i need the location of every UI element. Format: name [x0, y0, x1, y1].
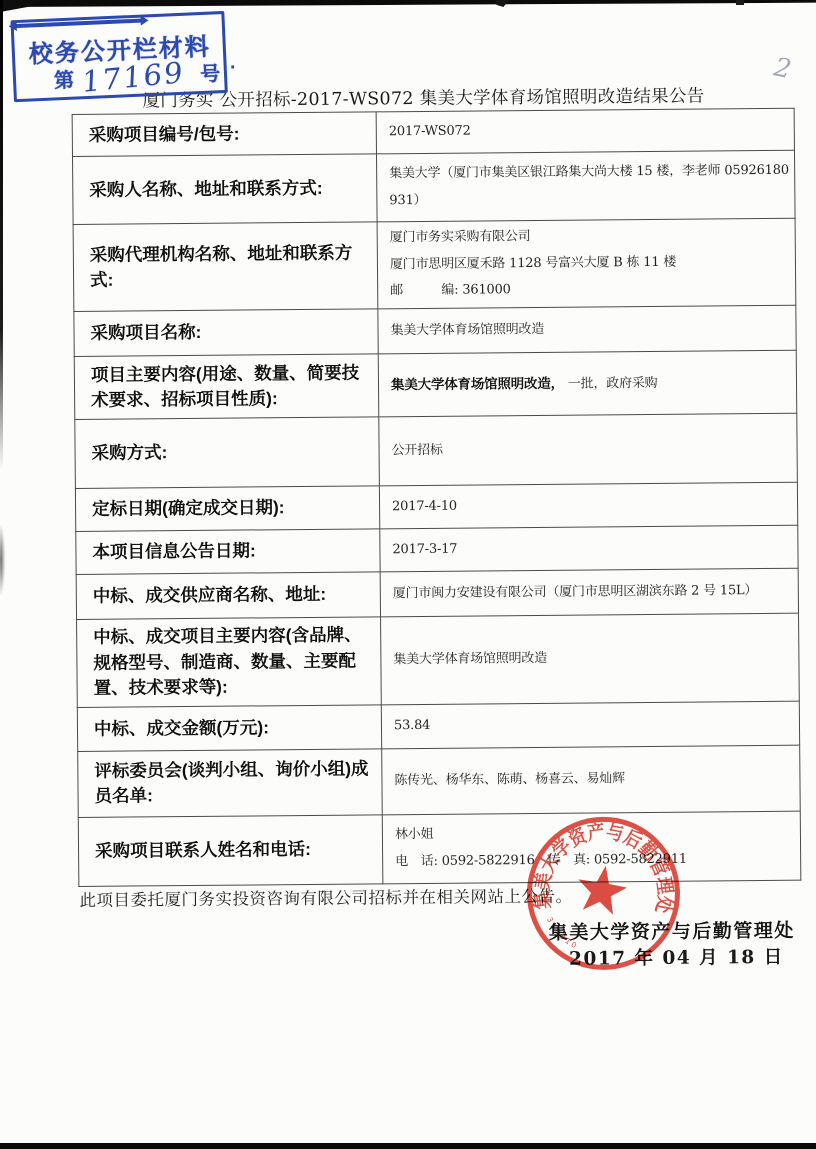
procurement-result-table: 采购项目编号/包号: 2017-WS072 采购人名称、地址和联系方式: 集美大…	[72, 108, 802, 887]
table-row: 采购人名称、地址和联系方式: 集美大学（厦门市集美区银江路集大尚大楼 15 楼，…	[73, 150, 796, 224]
row-value: 2017-4-10	[379, 482, 797, 529]
row-label: 本项目信息公告日期:	[76, 529, 380, 575]
scanned-document-page: 2 校务公开栏材料 第17169号· 厦门务实 公开招标-2017-WS072 …	[0, 0, 816, 1149]
row-value: 2017-WS072	[376, 108, 794, 154]
table-row: 中标、成交金额(万元): 53.84	[77, 701, 799, 751]
row-label: 定标日期(确定成交日期):	[75, 486, 379, 532]
table-row: 中标、成交项目主要内容(含品牌、规格型号、制造商、数量、主要配置、技术要求等):…	[77, 613, 800, 707]
row-label: 采购方式:	[75, 417, 380, 489]
row-value: 集美大学体育场馆照明改造	[378, 305, 796, 354]
page-number-pencil: 2	[771, 52, 793, 85]
row-label: 中标、成交项目主要内容(含品牌、规格型号、制造商、数量、主要配置、技术要求等):	[77, 617, 382, 708]
document-content: 2 校务公开栏材料 第17169号· 厦门务实 公开招标-2017-WS072 …	[0, 0, 816, 1149]
row-value: 集美大学（厦门市集美区银江路集大尚大楼 15 楼，李老师 05926180 93…	[376, 150, 795, 222]
row-value: 厦门市务实采购有限公司 厦门市思明区厦禾路 1128 号富兴大厦 B 栋 11 …	[377, 218, 796, 309]
table-row: 采购代理机构名称、地址和联系方式: 厦门市务实采购有限公司 厦门市思明区厦禾路 …	[73, 218, 796, 311]
row-label: 采购项目联系人姓名和电话:	[78, 815, 383, 887]
archive-stamp-box: 校务公开栏材料 第17169号·	[10, 11, 227, 102]
row-label: 项目主要内容(用途、数量、简要技术要求、招标项目性质):	[74, 354, 379, 420]
row-label: 中标、成交供应商名称、地址:	[76, 572, 380, 620]
stamp-number-prefix: 第	[54, 70, 75, 93]
official-seal: 集美大学资产与后勤管理处 350310	[498, 787, 710, 999]
stamp-dot: ·	[230, 56, 238, 78]
table-row: 采购项目编号/包号: 2017-WS072	[72, 108, 794, 156]
row-value: 2017-3-17	[380, 525, 798, 572]
row-value: 53.84	[381, 701, 799, 749]
table-row: 采购项目名称: 集美大学体育场馆照明改造	[74, 305, 796, 356]
row-label: 采购代理机构名称、地址和联系方式:	[73, 222, 378, 312]
row-value: 公开招标	[379, 413, 798, 486]
stamp-arrow-line	[15, 19, 143, 29]
stamp-number-line: 第17169号·	[53, 55, 237, 97]
row-value: 集美大学体育场馆照明改造， 一批，政府采购	[378, 350, 797, 417]
stamp-number-suffix: 号	[200, 63, 221, 86]
table-row: 项目主要内容(用途、数量、简要技术要求、招标项目性质): 集美大学体育场馆照明改…	[74, 350, 797, 419]
row-label: 采购项目编号/包号:	[72, 112, 376, 157]
row-label: 采购项目名称:	[74, 309, 378, 357]
table-row: 采购方式: 公开招标	[75, 413, 798, 488]
row-value-rest: 一批，政府采购	[564, 376, 658, 392]
stamp-number-handwritten: 17169	[81, 55, 185, 99]
table-row: 本项目信息公告日期: 2017-3-17	[76, 525, 798, 574]
row-label: 中标、成交金额(万元):	[77, 705, 381, 752]
row-label: 评标委员会(谈判小组、询价小组)成员名单:	[78, 749, 383, 818]
table-row: 定标日期(确定成交日期): 2017-4-10	[75, 482, 797, 531]
row-value: 厦门市闽力安建设有限公司（厦门市思明区湖滨东路 2 号 15L）	[380, 568, 798, 617]
row-value-bold: 集美大学体育场馆照明改造，	[391, 375, 564, 392]
row-label: 采购人名称、地址和联系方式:	[73, 154, 378, 225]
star-icon	[578, 866, 627, 915]
table-row: 中标、成交供应商名称、地址: 厦门市闽力安建设有限公司（厦门市思明区湖滨东路 2…	[76, 568, 798, 619]
row-value: 集美大学体育场馆照明改造	[381, 613, 800, 705]
